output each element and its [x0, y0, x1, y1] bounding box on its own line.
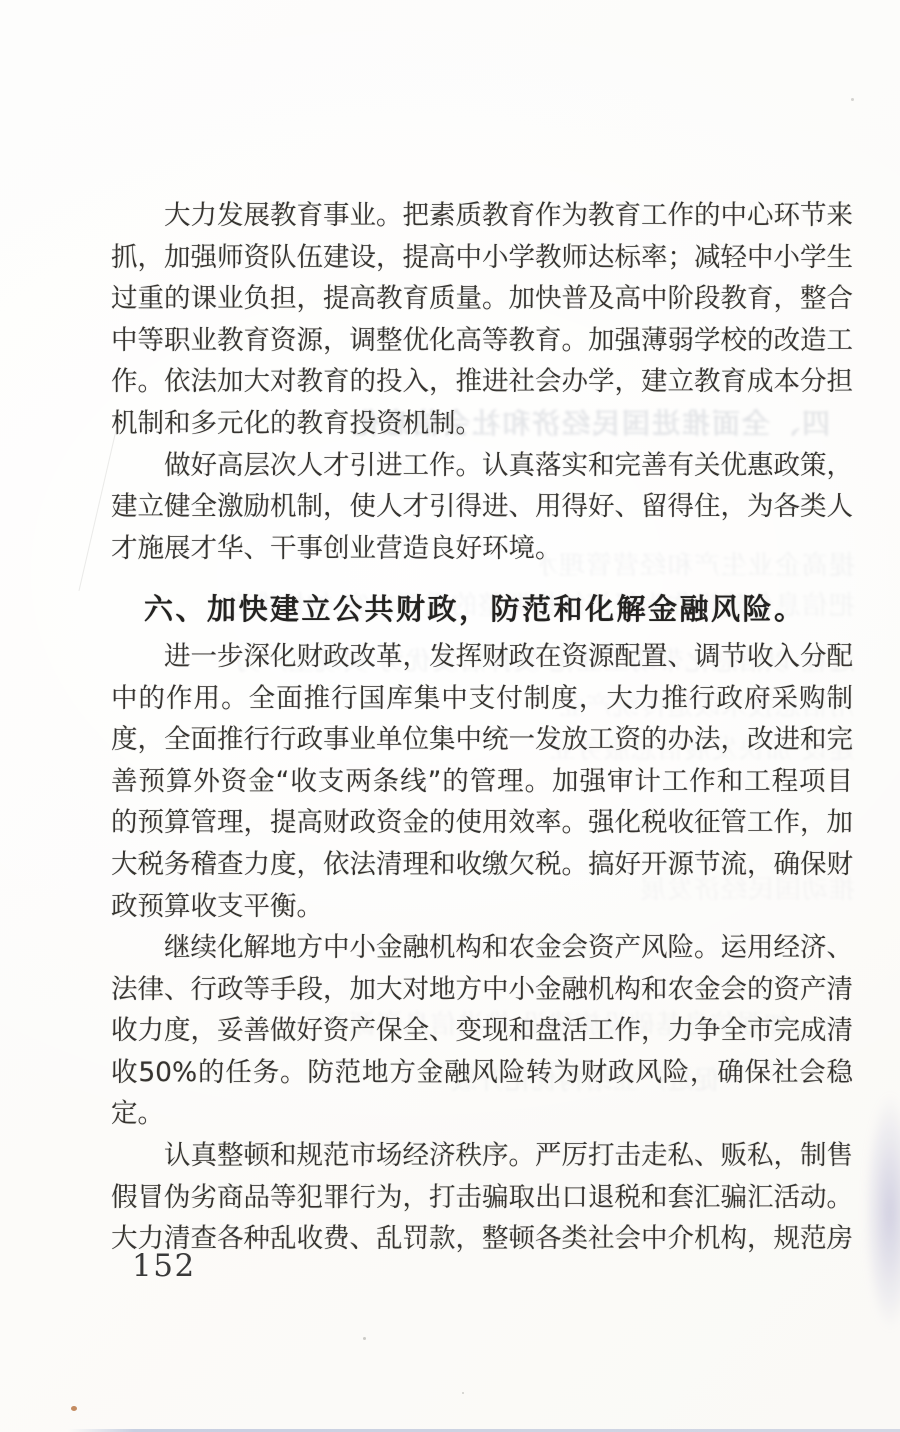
section-heading: 六、加快建立公共财政，防范和化解金融风险。: [111, 589, 853, 631]
edge-smudge: [864, 1092, 900, 1332]
paper-speck: [462, 1392, 464, 1394]
paper-speck: [363, 1337, 366, 1340]
paragraph-financial-risk: 继续化解地方中小金融机构和农金会资产风险。运用经济、法律、行政等手段，加大对地方…: [111, 927, 853, 1135]
paper-speck: [851, 98, 854, 101]
page-body: 大力发展教育事业。把素质教育作为教育工作的中心环节来抓，加强师资队伍建设，提高中…: [111, 195, 853, 1260]
scanned-book-page: 四、全面推进国民经济和社会信息化 提高企业生产和经营管理水平 把信息化建设作为经…: [0, 0, 900, 1432]
paragraph-talent: 做好高层次人才引进工作。认真落实和完善有关优惠政策，建立健全激励机制，使人才引得…: [111, 445, 853, 570]
paragraph-education: 大力发展教育事业。把素质教育作为教育工作的中心环节来抓，加强师资队伍建设，提高中…: [111, 195, 853, 445]
paragraph-market-order: 认真整顿和规范市场经济秩序。严厉打击走私、贩私，制售假冒伪劣商品等犯罪行为，打击…: [111, 1135, 853, 1260]
page-number: 152: [132, 1248, 196, 1284]
paper-speck: [71, 1406, 77, 1411]
paragraph-fiscal-reform: 进一步深化财政改革，发挥财政在资源配置、调节收入分配中的作用。全面推行国库集中支…: [111, 636, 853, 927]
